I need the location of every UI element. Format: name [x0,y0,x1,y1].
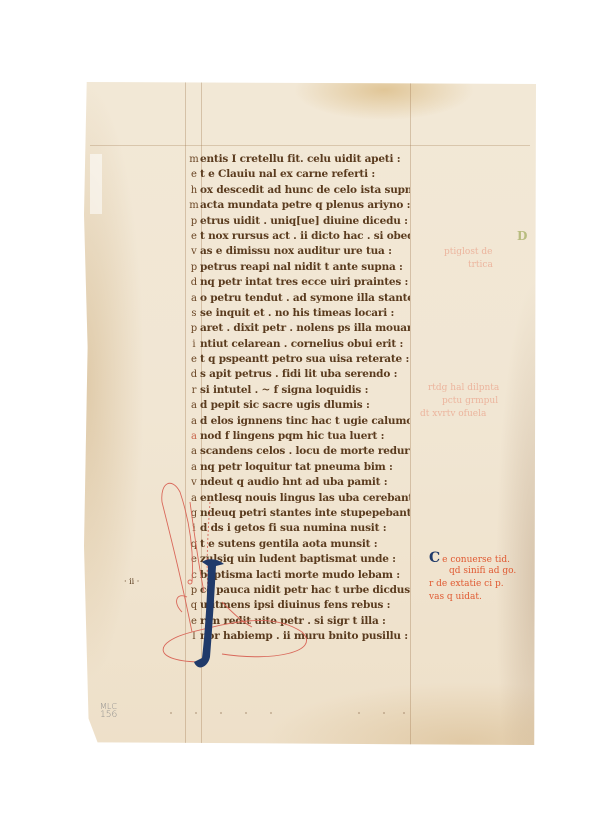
text-line: si intutel . ~ f signa loquidis : [200,383,410,398]
text-line: t e Clauiu nal ex carne referti : [200,167,410,182]
text-line: as e dimissu nox auditur ure tua : [200,244,410,259]
initial-letter: p [188,260,200,275]
text-line: d pepit sic sacre ugis dlumis : [200,398,410,413]
faint-gloss-upper: ptiglost de trtica [444,246,493,272]
text-line: petrus reapi nal nidit t ante supna : [200,260,410,275]
initial-letter: e [188,167,200,182]
text-line: d elos ignnens tinc hac t ugie calumo : [200,414,410,429]
pricking-mark [403,712,405,714]
text-line: ox descedit ad hunc de celo ista supno : [200,183,410,198]
red-penwork-flourish [162,483,307,662]
text-line: o petru tendut . ad symone illa stantes … [200,291,410,306]
initial-letter: a [188,291,200,306]
decorated-initial-i [132,462,332,682]
initial-letter: p [188,321,200,336]
text-line: t nox rursus act . ii dicto hac . si obe… [200,229,410,244]
initial-letter: m [188,198,200,213]
gloss-line: trtica [444,259,493,272]
initial-letter: m [188,152,200,167]
text-line: ntiut celarean . cornelius obui erit : [200,337,410,352]
pricking-mark [245,712,247,714]
paper-repair-patch [90,154,102,214]
initial-letter: i [188,337,200,352]
shelfmark-number: 156 [100,711,117,720]
gloss-line: r de extatie ci p. [429,578,516,591]
faint-gloss-initial: D [517,230,527,243]
blue-initial-c: C [429,552,440,565]
initial-letter: a [188,414,200,429]
blue-letter-i [194,559,224,667]
text-line: nq petr intat tres ecce uiri praintes : [200,275,410,290]
gloss-line: pctu grmpul [420,395,499,408]
text-line: etrus uidit . uniq[ue] diuine dicedu : [200,214,410,229]
initial-letter: a [188,398,200,413]
initial-letter: p [188,214,200,229]
gloss-line: dt xvrtv ofuela [420,408,499,421]
initial-letter: v [188,244,200,259]
faint-gloss-middle: rtdg hal dilpnta pctu grmpul dt xvrtv of… [420,382,499,421]
gloss-line: ptiglost de [444,246,493,259]
pricking-mark [383,712,385,714]
text-line: s apit petrus . fidi lit uba serendo : [200,367,410,382]
text-line: t q pspeantt petro sua uisa reterate : [200,352,410,367]
initial-letter: a [188,444,200,459]
text-line: entis I cretellu fit. celu uidit apeti : [200,152,410,167]
shelfmark: MLC 156 [100,702,117,720]
initial-letter: e [188,352,200,367]
manuscript-leaf: m e h m p e v p d a s p i e d r a a a a … [84,82,536,745]
initial-letter: r [188,383,200,398]
gloss-text: e conuerse tid. [442,555,510,565]
gloss-line: qd sinifi ad go. [429,565,516,578]
pricking-mark [170,712,172,714]
text-line: aret . dixit petr . nolens ps illa mouar… [200,321,410,336]
text-line: se inquit et . no his timeas locari : [200,306,410,321]
pricking-mark [270,712,272,714]
initial-letter: s [188,306,200,321]
gloss-line: Ce conuerse tid. [429,552,516,565]
initial-letter: h [188,183,200,198]
gloss-line: vas q uidat. [429,591,516,604]
gloss-initial: D [517,229,527,243]
ruling-line-right [410,82,411,745]
ruling-line-top [90,145,530,146]
initial-letter: e [188,229,200,244]
initial-letter: a [188,429,200,444]
initial-letter: d [188,275,200,290]
initial-letter: d [188,367,200,382]
text-line: nod f lingens pqm hic tua luert : [200,429,410,444]
pricking-mark [358,712,360,714]
gloss-line: rtdg hal dilpnta [420,382,499,395]
pricking-mark [195,712,197,714]
rubric-gloss: Ce conuerse tid. qd sinifi ad go. r de e… [429,552,516,604]
text-line: acta mundata petre q plenus ariyno : [200,198,410,213]
text-line: scandens celos . locu de morte redurro : [200,444,410,459]
margin-paragraph-mark: · ii · [124,577,139,586]
pricking-mark [220,712,222,714]
